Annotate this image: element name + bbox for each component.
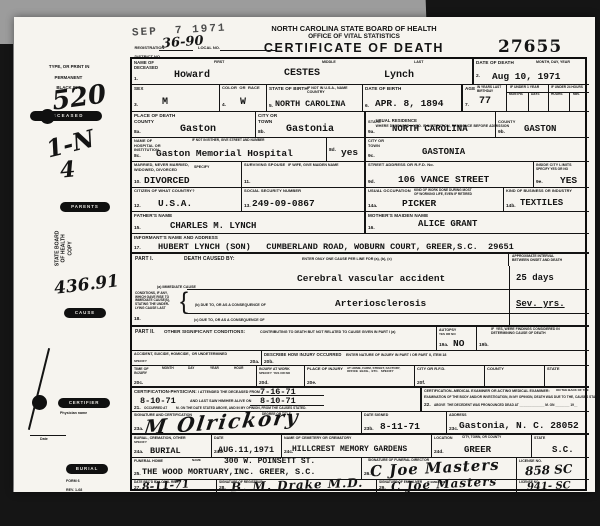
field-marital-status: MARRIED, NEVER MARRIED, WIDOWED, DIVORCE…: [132, 162, 242, 188]
findings-label: IF YES, WERE FINDINGS CONSIDERED IN DETE…: [491, 328, 560, 336]
field-father: FATHER'S NAME 15. CHARLES M. LYNCH: [132, 212, 366, 234]
attended-to-date: 8-10-71: [140, 396, 176, 406]
day-header: DAY: [188, 367, 194, 371]
office-name: OFFICE OF VITAL STATISTICS: [254, 33, 454, 40]
copy-type-label: STATE BOARD OF HEALTH COPY: [55, 222, 74, 274]
middle-name-value: CESTES: [284, 68, 320, 79]
u1y-label: IF UNDER 1 YEAR: [510, 86, 539, 90]
autopsy-value: NO: [453, 338, 464, 349]
poi-sub: AT HOME, FARM, STREET, FACTORY, OFFICE B…: [347, 367, 400, 374]
field-part2: PART II. OTHER SIGNIFICANT CONDITIONS: C…: [132, 327, 437, 351]
work-sub: SPECIFY YES OR NO: [259, 372, 290, 375]
icl-value: YES: [560, 175, 577, 186]
item-20f: 20f.: [417, 381, 425, 386]
field-burial-date: DATE 24b. AUG.11,1971: [212, 435, 282, 458]
field-inside-city-limits: INSIDE CITY LIMITS SPECIFY YES OR NO 9e.…: [534, 162, 589, 188]
u1y-headrule: [507, 92, 549, 93]
death-caused-by-label: DEATH CAUSED BY:: [184, 256, 235, 262]
poi-label: PLACE OF INJURY: [307, 367, 343, 372]
father-value: CHARLES M. LYNCH: [170, 221, 256, 231]
field-burial-type: BURIAL, CREMATION, OTHER SPECIFY 24a. BU…: [132, 435, 212, 458]
item-3: 3.: [134, 103, 138, 108]
cause-b-value: Arteriosclerosis: [335, 298, 426, 309]
injury-city-label: CITY OR R.F.D.: [417, 367, 445, 372]
district-underline: [159, 50, 193, 51]
item-25: 25.: [134, 472, 141, 477]
tab-parents: PARENTS: [60, 202, 110, 212]
dod-label: DATE OF DEATH: [476, 60, 514, 66]
interval-a-value: 25 days: [516, 273, 554, 283]
field-place-of-death-town: CITY OR TOWN 8b. Gastonia: [256, 112, 366, 138]
cause-note: ENTER ONLY ONE CAUSE PER LINE FOR (a), (…: [302, 257, 392, 261]
burial-date-value: AUG.11,1971: [218, 445, 274, 455]
item-20e: 20e.: [307, 381, 316, 386]
month-header: MONTH: [162, 367, 174, 371]
hours-header: HOURS: [551, 93, 563, 97]
item-18: 18.: [134, 317, 141, 322]
item-24d: 24d.: [434, 450, 444, 455]
middle-header: MIDDLE: [322, 60, 336, 64]
field-mother: MOTHER'S MAIDEN NAME 16. ALICE GRANT: [366, 212, 589, 234]
field-name-of-deceased: NAME OF DECEASED FIRST MIDDLE LAST 1. Ho…: [132, 59, 474, 85]
item-28: 28.: [219, 486, 226, 491]
scan-edge-left: [0, 44, 13, 526]
field-if-under-24-hours: IF UNDER 24 HOURS HOURS MIN.: [549, 85, 589, 112]
field-hospital: NAME OF HOSPITAL OR INSTITUTION IF NOT I…: [132, 138, 327, 162]
last-name-value: Lynch: [384, 70, 414, 81]
marital-sub: SPECIFY: [194, 165, 209, 169]
field-how-injury: DESCRIBE HOW INJURY OCCURRED ENTER NATUR…: [262, 351, 589, 366]
item-10: 10.: [134, 180, 141, 185]
certificate-paper: TYPE, OR PRINT IN PERMANENT BLACK INK 52…: [14, 17, 595, 492]
death-certificate-scan: { "scan": { "stamp": "SEP 7 1971", "reg_…: [0, 0, 600, 526]
funeral-home-label: FUNERAL HOME: [134, 459, 163, 463]
hospital-icl-value: yes: [341, 147, 358, 158]
field-certifier-address: ADDRESS 23c. Gastonia, N. C. 28052: [447, 412, 589, 435]
date-signed-label: DATE SIGNED: [364, 413, 388, 417]
res-town-value: GASTONIA: [422, 147, 465, 157]
funeral-home-addr2: 300 W. POINSETT ST.: [224, 457, 315, 466]
age-label: AGE: [465, 86, 475, 92]
months-header: MONTHS: [509, 93, 523, 97]
item-9c: 9c.: [368, 154, 375, 159]
margin-pen-stroke: [28, 348, 50, 430]
part2-note: CONTRIBUTING TO DEATH BUT NOT RELATED TO…: [260, 330, 395, 334]
first-name-value: Howard: [174, 70, 210, 81]
location-sub: CITY, TOWN, OR COUNTY: [462, 436, 501, 440]
field-interval-a: 25 days: [509, 266, 589, 290]
interval-b-value: Sev. yrs.: [516, 299, 565, 309]
usual-residence-header: USUAL RESIDENCE WHERE DECEASED LIVED. IF…: [368, 113, 586, 134]
scan-edge-bottom: [0, 492, 600, 526]
item-20d: 20d.: [259, 381, 269, 386]
item-7: 7.: [465, 103, 469, 108]
name-label: NAME OF DECEASED: [134, 60, 158, 70]
field-citizen: CITIZEN OF WHAT COUNTRY? 12. U.S.A.: [132, 188, 242, 212]
tab-parents-label: PARENTS: [71, 204, 99, 209]
item-23a: 23a.: [134, 427, 143, 432]
item-11: 11.: [244, 180, 250, 185]
field-injury-at-work: INJURY AT WORK SPECIFY YES OR NO 20d.: [257, 366, 305, 388]
field-ssn: SOCIAL SECURITY NUMBER 13. 249-09-0867: [242, 188, 366, 212]
tab-cause-label: CAUSE: [75, 310, 95, 315]
ssn-label: SOCIAL SECURITY NUMBER: [244, 189, 301, 194]
field-age: AGE IN YEARS LAST BIRTHDAY 7. 77: [463, 85, 507, 112]
item-6: 6.: [365, 104, 369, 109]
field-date-of-birth: DATE OF BIRTH 6. APR. 8, 1894: [363, 85, 463, 112]
me-text2: ABOVE THE DECEDENT WAS PRONOUNCED DEAD A…: [434, 404, 586, 408]
field-date-of-death: DATE OF DEATH MONTH, DAY, YEAR 2. Aug 10…: [474, 59, 589, 85]
informant-label: INFORMANT'S NAME AND ADDRESS: [134, 235, 218, 241]
item-14b: 14b.: [506, 204, 516, 209]
form-no-line1: FORM 6: [66, 479, 80, 483]
item-8d: 8d.: [329, 148, 336, 153]
item-20a: 20a.: [250, 360, 259, 365]
item-12: 12.: [134, 204, 141, 209]
part2-title: OTHER SIGNIFICANT CONDITIONS:: [164, 329, 245, 335]
field-place-of-death-county: PLACE OF DEATH COUNTY 8a. Gaston: [132, 112, 256, 138]
date-margin-note: Date: [40, 437, 48, 441]
hour-header: HOUR: [234, 367, 243, 371]
last-header: LAST: [414, 60, 423, 64]
race-label: COLOR OR RACE: [222, 86, 260, 91]
item-23c: 23c.: [449, 427, 458, 432]
field-interval-b: Sev. yrs.: [509, 290, 589, 314]
interval-header: APPROXIMATE INTERVAL BETWEEN ONSET AND D…: [509, 254, 589, 266]
tab-certifier-label: CERTIFIER: [69, 400, 99, 405]
field-occupation: USUAL OCCUPATION KIND OF WORK DONE DURIN…: [366, 188, 504, 212]
spouse-sub: IF WIFE, GIVE MAIDEN NAME: [288, 163, 339, 167]
field-informant: INFORMANT'S NAME AND ADDRESS 17. HUBERT …: [132, 234, 589, 254]
dod-value: Aug 10, 1971: [492, 71, 560, 82]
item-17: 17.: [134, 246, 141, 251]
toi-label: TIME OF INJURY: [134, 367, 149, 375]
title-block: NORTH CAROLINA STATE BOARD OF HEALTH OFF…: [254, 24, 454, 55]
item-24a: 24a.: [134, 450, 143, 455]
board-name: NORTH CAROLINA STATE BOARD OF HEALTH: [254, 24, 454, 33]
field-cause-c: 18. (c) DUE TO, OR AS A CONSEQUENCE OF: [132, 314, 509, 327]
year-header: YEAR: [210, 367, 219, 371]
item-8b: 8b.: [258, 130, 265, 135]
item-1: 1.: [134, 77, 138, 82]
mother-value: ALICE GRANT: [418, 219, 477, 229]
pod-label: PLACE OF DEATH: [134, 113, 175, 119]
item-14a: 14a.: [368, 204, 377, 209]
pod-town-label: CITY OR TOWN: [258, 113, 277, 124]
street-label: STREET ADDRESS OR R.F.D. No.: [368, 163, 434, 168]
days-header: DAYS: [531, 93, 540, 97]
res-town-label: CITY OR TOWN: [368, 139, 384, 148]
part2-label: PART II.: [135, 329, 155, 335]
field-director-license: LICENSE NO. 858 SC: [517, 458, 589, 480]
street-value: 106 VANCE STREET: [398, 174, 489, 185]
item-16: 16.: [368, 226, 375, 231]
item-5: 5.: [269, 104, 273, 109]
tab-burial: BURIAL: [66, 464, 108, 474]
accident-sub: SPECIFY: [134, 360, 147, 363]
field-injury-city: CITY OR R.F.D. 20f.: [415, 366, 485, 388]
item-9e: 9e.: [536, 180, 543, 185]
item-2: 2.: [476, 74, 480, 79]
field-date-signed: DATE SIGNED 23b. 8-11-71: [362, 412, 447, 435]
item-22: 22.: [424, 403, 431, 408]
item-20b: 20b.: [264, 360, 274, 365]
director-license-value: 858 SC: [525, 462, 573, 478]
field-physician-signature: SIGNATURE AND CERTIFICATION DEGREE OR TI…: [132, 412, 362, 435]
race-value: W: [240, 97, 246, 108]
field-cause-b: (b) DUE TO, OR AS A CONSEQUENCE OF Arter…: [187, 290, 509, 314]
field-cemetery-state: STATE S.C.: [532, 435, 589, 458]
cause-a-value: Cerebral vascular accident: [297, 273, 445, 284]
mother-label: MOTHER'S MAIDEN NAME: [368, 213, 428, 219]
me-text: EXAMINATION OF THE BODY AND/OR INVESTIGA…: [424, 396, 584, 400]
field-certification-medical-examiner: CERTIFICATION--MEDICAL EXAMINER OR ACTIN…: [422, 388, 589, 412]
cause-a-label: (a) IMMEDIATE CAUSE: [157, 285, 196, 289]
address-label: ADDRESS: [449, 413, 467, 417]
date-received-value: 8-11-71: [142, 477, 190, 493]
bstate-sub: IF NOT IN U.S.A., NAME COUNTRY: [307, 86, 348, 94]
field-date-received: DATE REC'D BY LOCAL REG. 27. 8-11-71: [132, 480, 217, 493]
cause-b-label: (b) DUE TO, OR AS A CONSEQUENCE OF: [195, 303, 266, 307]
cemetery-state-label: STATE: [534, 436, 545, 440]
pod-county-label: COUNTY: [134, 119, 154, 125]
marital-label: MARRIED, NEVER MARRIED, WIDOWED, DIVORCE…: [134, 163, 189, 172]
cause-c-label: (c) DUE TO, OR AS A CONSEQUENCE OF: [194, 318, 265, 322]
dob-value: APR. 8, 1894: [375, 98, 443, 109]
item-19a: 19a.: [439, 343, 448, 348]
tab-cause: CAUSE: [64, 308, 106, 318]
pod-town-value: Gastonia: [286, 124, 334, 135]
marital-value: DIVORCED: [144, 175, 190, 186]
dod-sub: MONTH, DAY, YEAR: [536, 60, 570, 64]
item-15: 15.: [134, 226, 141, 231]
item-13: 13.: [244, 204, 251, 209]
field-cemetery-location: LOCATION CITY, TOWN, OR COUNTY 24d. GREE…: [432, 435, 532, 458]
pod-county-value: Gaston: [180, 124, 216, 135]
embalmer-license-value: 941- SC: [527, 480, 571, 493]
citizen-label: CITIZEN OF WHAT COUNTRY?: [134, 189, 195, 194]
date-signed-value: 8-11-71: [380, 421, 420, 432]
cemetery-label: NAME OF CEMETERY OR CREMATORY: [284, 436, 351, 440]
field-surviving-spouse: SURVIVING SPOUSE IF WIFE, GIVE MAIDEN NA…: [242, 162, 366, 188]
min-header: MIN.: [573, 93, 580, 97]
part1-label: PART I.: [135, 256, 153, 262]
burial-type-value: BURIAL: [150, 446, 181, 456]
u24-divider: [569, 92, 570, 112]
sex-value: M: [162, 97, 168, 108]
item-9d: 9d.: [368, 180, 375, 185]
field-state-of-birth: STATE OF BIRTH IF NOT IN U.S.A., NAME CO…: [267, 85, 363, 112]
cause-b-stub: CONDITIONS, IF ANY, WHICH GAVE RISE TO I…: [132, 290, 187, 314]
field-residence-town: CITY OR TOWN 9c. GASTONIA: [366, 138, 589, 162]
hospital-sub: IF NOT IN EITHER, GIVE STREET AND NUMBER: [192, 139, 265, 143]
certificate-number: 27655: [498, 37, 562, 57]
industry-value: TEXTILES: [520, 198, 563, 208]
conditions-label: CONDITIONS, IF ANY, WHICH GAVE RISE TO I…: [135, 292, 170, 310]
age-value: 77: [479, 96, 491, 107]
margin-print-line1: TYPE, OR PRINT IN: [49, 64, 90, 69]
me-note: ON THE BACK OF THE: [556, 389, 586, 392]
location-label: LOCATION: [434, 436, 453, 440]
burial-type-sub: SPECIFY: [134, 441, 147, 444]
occupation-label: USUAL OCCUPATION: [368, 189, 411, 194]
item-20c: 20c.: [134, 381, 143, 386]
item-4: 4.: [222, 103, 226, 108]
interval-label: APPROXIMATE INTERVAL BETWEEN ONSET AND D…: [512, 255, 562, 263]
field-industry: KIND OF BUSINESS OR INDUSTRY 14b. TEXTIL…: [504, 188, 589, 212]
field-autopsy-findings: IF YES, WERE FINDINGS CONSIDERED IN DETE…: [477, 327, 589, 351]
local-no-label: LOCAL NO.: [198, 46, 220, 51]
field-registrar-signature: SIGNATURE OF REGISTRAR 28. B. M. Drake M…: [217, 480, 377, 493]
occupation-sub: KIND OF WORK DONE DURING MOST OF WORKING…: [414, 189, 472, 196]
spouse-label: SURVIVING SPOUSE: [244, 163, 285, 168]
item-21: 21.: [134, 406, 141, 411]
field-cemetery: NAME OF CEMETERY OR CREMATORY 24c. HILLC…: [282, 435, 432, 458]
first-header: FIRST: [214, 60, 224, 64]
attended-text: I ATTENDED THE DECEASED FROM: [198, 390, 260, 394]
item-8a: 8a.: [134, 130, 141, 135]
item-29: 29.: [379, 486, 386, 491]
item-19b: 19b.: [479, 343, 489, 348]
item-23b: 23b.: [364, 427, 374, 432]
margin-print-line2: PERMANENT: [55, 75, 83, 80]
ssn-value: 249-09-0867: [252, 198, 315, 209]
cemetery-state-value: S.C.: [552, 445, 574, 455]
form-no-line2: REV. 1-68: [66, 488, 82, 492]
hole-punch-top: [40, 109, 55, 124]
field-autopsy: AUTOPSY YES OR NO 19a. NO: [437, 327, 477, 351]
field-place-of-injury: PLACE OF INJURY AT HOME, FARM, STREET, F…: [305, 366, 415, 388]
u24-label: IF UNDER 24 HOURS: [551, 86, 583, 90]
cemetery-city-value: GREER: [464, 445, 491, 455]
u1y-divider: [528, 92, 529, 112]
certificate-title: CERTIFICATE OF DEATH: [254, 41, 454, 55]
res-label: USUAL RESIDENCE: [376, 118, 417, 123]
bstate-value: NORTH CAROLINA: [275, 99, 345, 109]
autopsy-sub: YES OR NO: [439, 333, 456, 336]
certifier-margin-note: Physician name: [60, 411, 87, 415]
age-sub: IN YEARS LAST BIRTHDAY: [477, 86, 501, 93]
injury-county-label: COUNTY: [487, 367, 504, 372]
res-sub: WHERE DECEASED LIVED. IF INSTITUTION, RE…: [376, 124, 510, 128]
me-label: CERTIFICATION--MEDICAL EXAMINER OR ACTIN…: [424, 389, 554, 393]
part1-header: PART I. DEATH CAUSED BY: ENTER ONLY ONE …: [132, 254, 509, 266]
scan-edge-right: [595, 22, 600, 526]
field-interval-c: [509, 314, 589, 327]
hole-punch-bottom: [32, 395, 47, 410]
margin-short-line: [30, 435, 66, 436]
citizen-value: U.S.A.: [158, 198, 192, 209]
funeral-home-value: THE WOOD MORTUARY,INC. GREER, S.C.: [142, 467, 315, 477]
icl-sub: SPECIFY YES OR NO: [536, 168, 568, 172]
margin-code-436: 436.91: [53, 271, 120, 299]
field-race: COLOR OR RACE 4. W: [220, 85, 267, 112]
form-number-print: FORM 6 REV. 1-68 1-68-1084: [62, 475, 82, 505]
field-injury-state: STATE: [545, 366, 589, 388]
tab-burial-label: BURIAL: [76, 466, 99, 471]
tab-certifier: CERTIFIER: [58, 398, 110, 408]
bstate-label: STATE OF BIRTH: [269, 86, 308, 92]
field-injury-county: COUNTY: [485, 366, 545, 388]
form-no-line3: 1-68-1084: [66, 497, 82, 501]
sex-label: SEX: [134, 86, 144, 92]
hospital-value: Gaston Memorial Hospital: [156, 148, 293, 159]
field-accident-type: ACCIDENT, SUICIDE, HOMICIDE, OR UNDETERM…: [132, 351, 262, 366]
cemetery-value: HILLCREST MEMORY GARDENS: [292, 445, 407, 454]
informant-value: HUBERT LYNCH (SON) CUMBERLAND ROAD, WOBU…: [158, 242, 514, 252]
field-sex: SEX 3. M: [132, 85, 220, 112]
field-hospital-inside-city: 8d. yes: [327, 138, 366, 162]
margin-code-4: 4: [59, 156, 77, 183]
field-street-address: STREET ADDRESS OR R.F.D. No. 9d. 106 VAN…: [366, 162, 534, 188]
dob-label: DATE OF BIRTH: [365, 86, 401, 92]
field-if-under-1-year: IF UNDER 1 YEAR MONTHS DAYS: [507, 85, 549, 112]
accident-label: ACCIDENT, SUICIDE, HOMICIDE, OR UNDETERM…: [134, 352, 244, 356]
last-saw-text: AND LAST SAW HIM/HER ALIVE ON: [190, 399, 251, 403]
father-label: FATHER'S NAME: [134, 213, 172, 219]
industry-label: KIND OF BUSINESS OR INDUSTRY: [506, 189, 572, 194]
how-injury-label: DESCRIBE HOW INJURY OCCURRED: [264, 352, 341, 357]
field-cause-a: Cerebral vascular accident (a) IMMEDIATE…: [187, 266, 509, 290]
how-injury-sub: ENTER NATURE OF INJURY IN PART I OR PART…: [346, 353, 446, 357]
item-27: 27.: [134, 486, 141, 491]
cert-physician-label: CERTIFICATION-PHYSICIAN:: [134, 389, 197, 394]
injury-state-label: STATE: [547, 367, 560, 372]
certifier-address-value: Gastonia, N. C. 28052: [459, 420, 579, 431]
certificate-form: NAME OF DECEASED FIRST MIDDLE LAST 1. Ho…: [130, 57, 587, 491]
burial-date-label: DATE: [214, 436, 224, 440]
field-time-of-injury: TIME OF INJURY MONTH DAY YEAR HOUR 20c.: [132, 366, 257, 388]
u24-headrule: [549, 92, 589, 93]
occupation-value: PICKER: [402, 198, 436, 209]
field-embalmer-license: LICENSE NO. 941- SC: [517, 480, 589, 493]
field-embalmer-signature: SIGNATURE OF EMBALMER IF EMBALMED 29. C …: [377, 480, 517, 493]
funeral-home-sub: NAME: [192, 459, 201, 462]
item-8c: 8c.: [134, 154, 141, 159]
